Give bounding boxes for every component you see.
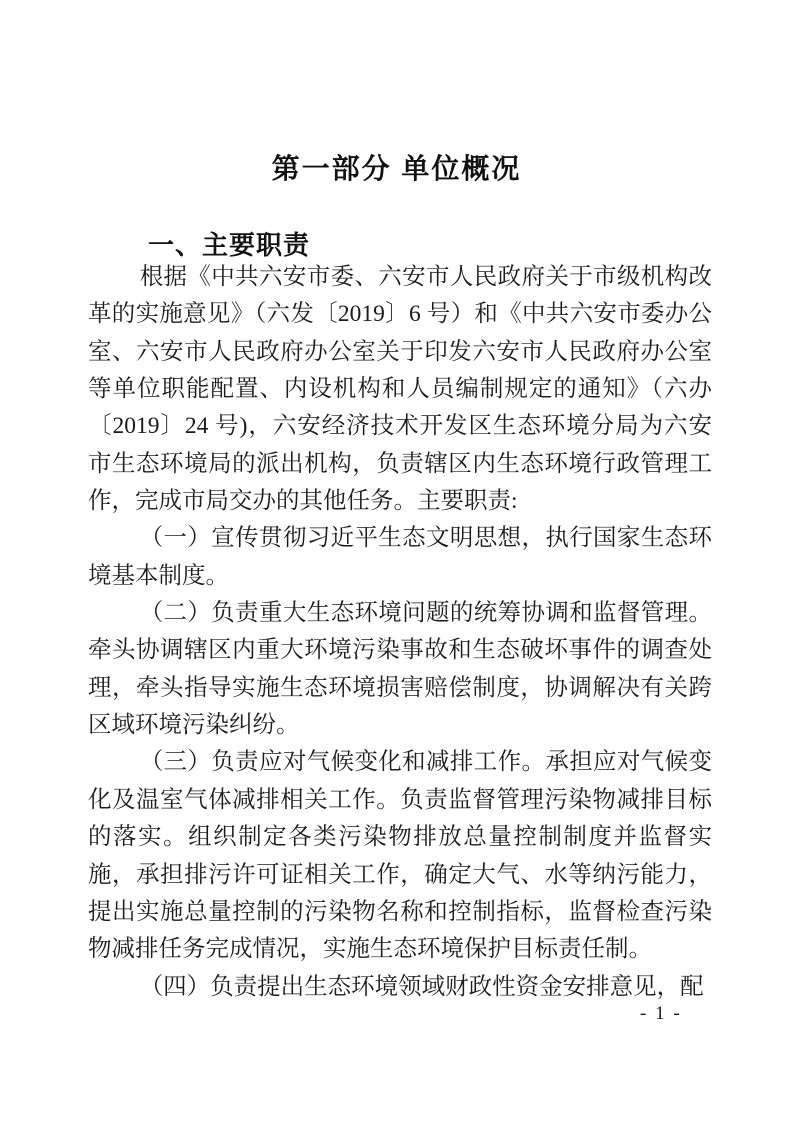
paragraph-duty-1: （一）宣传贯彻习近平生态文明思想，执行国家生态环境基本制度。: [88, 520, 712, 595]
paragraph-intro: 根据《中共六安市委、六安市人民政府关于市级机构改革的实施意见》（六发〔2019〕…: [88, 259, 712, 520]
document-title: 第一部分 单位概况: [0, 147, 793, 187]
body-text-block: 根据《中共六安市委、六安市人民政府关于市级机构改革的实施意见》（六发〔2019〕…: [88, 259, 712, 1006]
paragraph-duty-2: （二）负责重大生态环境问题的统筹协调和监督管理。牵头协调辖区内重大环境污染事故和…: [88, 595, 712, 744]
section-heading-main-duties: 一、主要职责: [148, 225, 310, 262]
paragraph-duty-4: （四）负责提出生态环境领域财政性资金安排意见，配: [88, 969, 712, 1006]
page-background: 第一部分 单位概况 一、主要职责 根据《中共六安市委、六安市人民政府关于市级机构…: [0, 0, 793, 1122]
document-page: { "page": { "background": "#ffffff", "te…: [0, 0, 793, 1122]
page-number: - 1 -: [640, 1003, 682, 1025]
paragraph-duty-3: （三）负责应对气候变化和减排工作。承担应对气候变化及温室气体减排相关工作。负责监…: [88, 744, 712, 968]
